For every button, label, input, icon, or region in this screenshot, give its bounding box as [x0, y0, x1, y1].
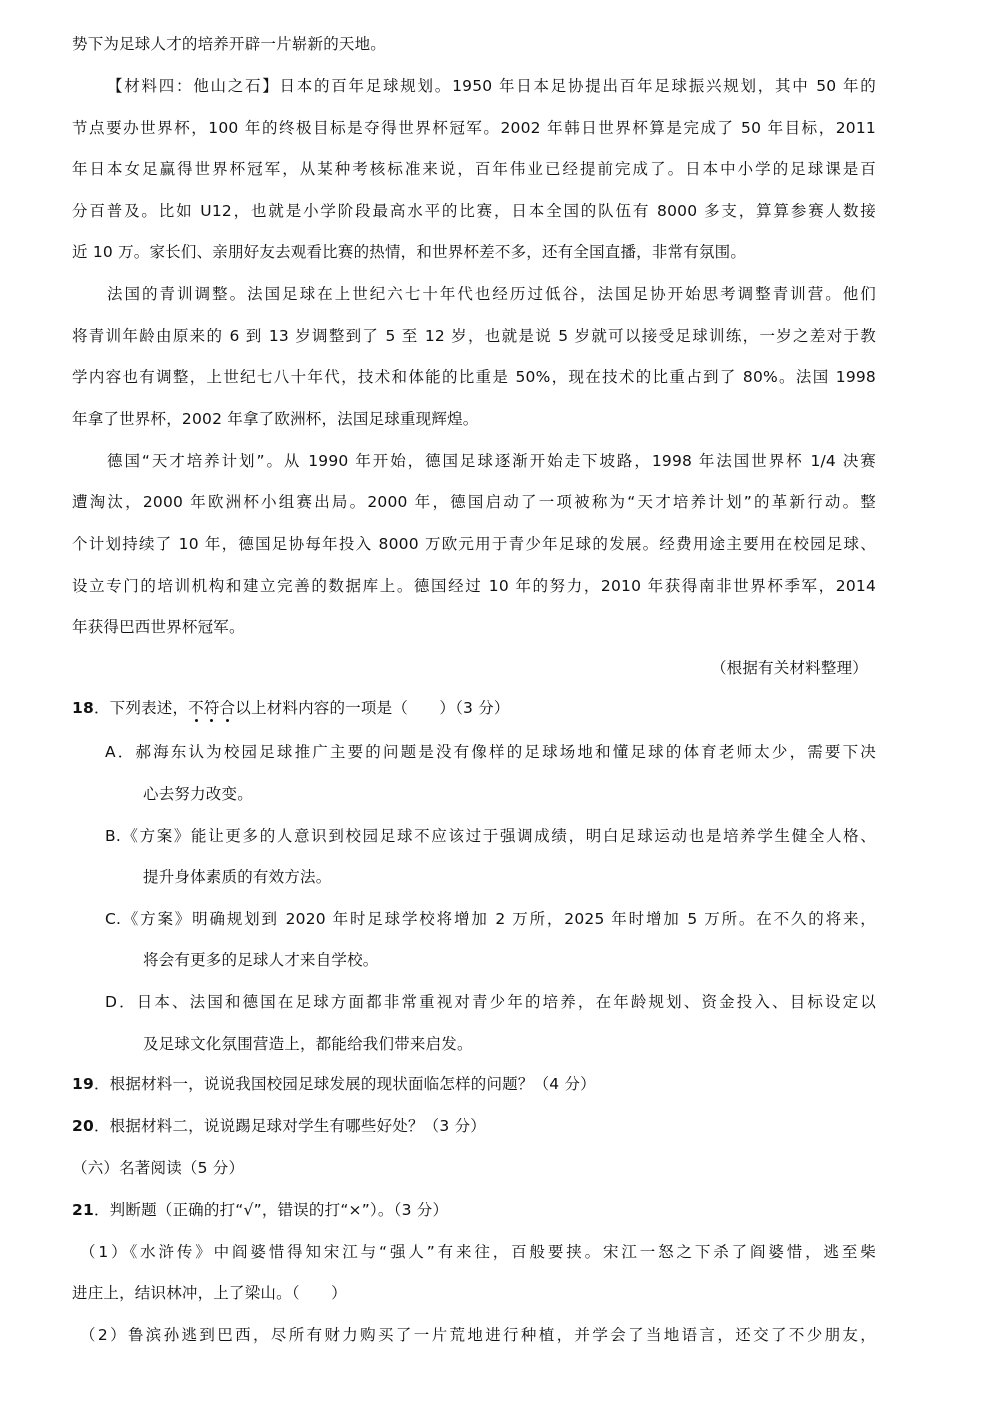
- germany-line: 德国“天才培养计划”。从 1990 年开始，德国足球逐渐开始走下坡路，1998 …: [107, 450, 876, 472]
- material-4-line: 年日本女足赢得世界杯冠军，从某种考核标准来说，百年伟业已经提前完成了。日本中小学…: [72, 158, 876, 180]
- material-4-line: 节点要办世界杯，100 年的终极目标是夺得世界杯冠军。2002 年韩日世界杯算是…: [72, 117, 876, 139]
- question-number: 20: [72, 1117, 94, 1135]
- option-b: B.《方案》能让更多的人意识到校园足球不应该过于强调成绩，明白足球运动也是培养学…: [105, 825, 876, 847]
- germany-line: 遭淘汰，2000 年欧洲杯小组赛出局。2000 年，德国启动了一项被称为“天才培…: [72, 491, 876, 513]
- option-d-cont: 及足球文化氛围营造上，都能给我们带来启发。: [143, 1033, 876, 1055]
- france-line: 学内容也有调整，上世纪七八十年代，技术和体能的比重是 50%，现在技术的比重占到…: [72, 366, 876, 388]
- judgment-item-1-cont: 进庄上，结识林冲，上了梁山。（ ）: [72, 1282, 876, 1304]
- france-line: 将青训年龄由原来的 6 到 13 岁调整到了 5 至 12 岁，也就是说 5 岁…: [72, 325, 876, 347]
- option-a: A．郝海东认为校园足球推广主要的问题是没有像样的足球场地和懂足球的体育老师太少，…: [105, 741, 876, 763]
- question-20: 20．根据材料二，说说踢足球对学生有哪些好处？（3 分）: [72, 1115, 876, 1137]
- question-number: 18: [72, 699, 94, 717]
- question-prefix: ．下列表述，: [94, 699, 188, 717]
- question-suffix: 以上材料内容的一项是（ ）（3 分）: [235, 699, 509, 717]
- option-c-cont: 将会有更多的足球人才来自学校。: [143, 949, 876, 971]
- paragraph-line: 势下为足球人才的培养开辟一片崭新的天地。: [72, 33, 876, 55]
- option-b-cont: 提升身体素质的有效方法。: [143, 866, 876, 888]
- question-number: 21: [72, 1201, 94, 1219]
- judgment-item-2: （2）鲁滨孙逃到巴西，尽所有财力购买了一片荒地进行种植，并学会了当地语言，还交了…: [80, 1324, 876, 1346]
- material-4-line: 分百普及。比如 U12，也就是小学阶段最高水平的比赛，日本全国的队伍有 8000…: [72, 200, 876, 222]
- germany-line: 年获得巴西世界杯冠军。: [72, 616, 876, 638]
- germany-line: 个计划持续了 10 年，德国足协每年投入 8000 万欧元用于青少年足球的发展。…: [72, 533, 876, 555]
- emphasis-char: 合: [220, 699, 236, 717]
- option-c: C.《方案》明确规划到 2020 年时足球学校将增加 2 万所，2025 年时增…: [105, 908, 876, 930]
- option-d: D．日本、法国和德国在足球方面都非常重视对青少年的培养，在年龄规划、资金投入、目…: [105, 991, 876, 1013]
- question-18: 18．下列表述，不符合以上材料内容的一项是（ ）（3 分）: [72, 697, 876, 719]
- option-a-cont: 心去努力改变。: [143, 783, 876, 805]
- emphasis-char: 不: [188, 699, 204, 717]
- question-text: ．判断题（正确的打“√”，错误的打“×”）。（3 分）: [94, 1201, 448, 1219]
- section-heading: （六）名著阅读（5 分）: [72, 1157, 876, 1179]
- question-text: ．根据材料二，说说踢足球对学生有哪些好处？（3 分）: [94, 1117, 486, 1135]
- question-19: 19．根据材料一，说说我国校园足球发展的现状面临怎样的问题？（4 分）: [72, 1073, 876, 1095]
- document-page: 势下为足球人才的培养开辟一片崭新的天地。 【材料四：他山之石】日本的百年足球规划…: [0, 0, 992, 1403]
- question-21: 21．判断题（正确的打“√”，错误的打“×”）。（3 分）: [72, 1199, 876, 1221]
- question-text: ．根据材料一，说说我国校园足球发展的现状面临怎样的问题？（4 分）: [94, 1075, 596, 1093]
- germany-line: 设立专门的培训机构和建立完善的数据库上。德国经过 10 年的努力，2010 年获…: [72, 575, 876, 597]
- material-4-line: 【材料四：他山之石】日本的百年足球规划。1950 年日本足协提出百年足球振兴规划…: [107, 75, 876, 97]
- source-note: （根据有关材料整理）: [72, 657, 868, 679]
- france-line: 年拿了世界杯，2002 年拿了欧洲杯，法国足球重现辉煌。: [72, 408, 876, 430]
- emphasis-char: 符: [204, 699, 220, 717]
- question-number: 19: [72, 1075, 94, 1093]
- material-4-line: 近 10 万。家长们、亲朋好友去观看比赛的热情，和世界杯差不多，还有全国直播，非…: [72, 241, 876, 263]
- france-line: 法国的青训调整。法国足球在上世纪六七十年代也经历过低谷，法国足协开始思考调整青训…: [107, 283, 876, 305]
- judgment-item-1: （1）《水浒传》中阎婆惜得知宋江与“强人”有来往，百般要挟。宋江一怒之下杀了阎婆…: [80, 1241, 876, 1263]
